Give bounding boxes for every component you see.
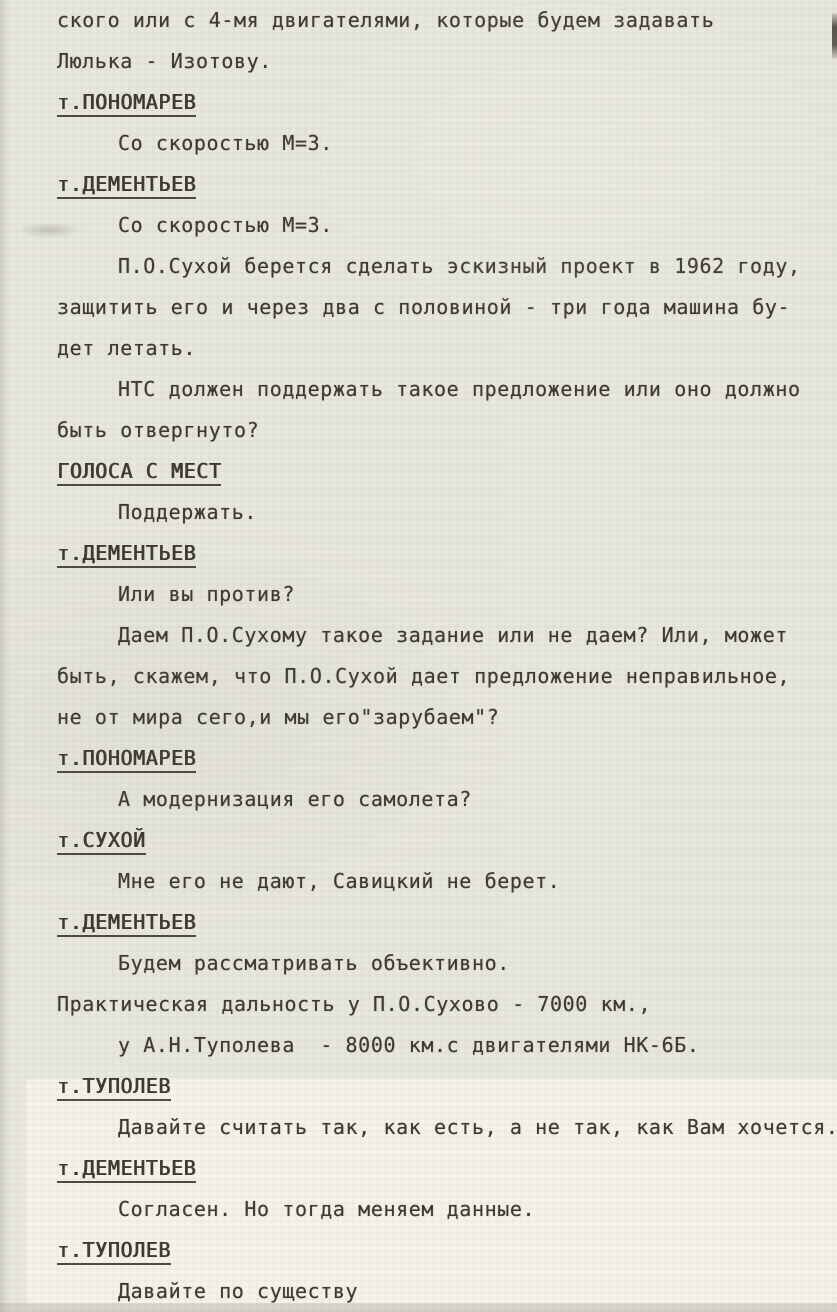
speaker-heading: т.ТУПОЛЕВ [0,1066,837,1107]
document-text-block: ского или с 4-мя двигателями, которые бу… [0,0,837,1312]
speaker-heading: т.ПОНОМАРЕВ [0,82,837,123]
scanned-document-page: ского или с 4-мя двигателями, которые бу… [0,0,837,1312]
speaker-heading: т.ТУПОЛЕВ [0,1230,837,1271]
text-line: у А.Н.Туполева - 8000 км.с двигателями Н… [0,1025,837,1066]
speaker-heading: т.ПОНОМАРЕВ [0,738,837,779]
text-line: Или вы против? [0,574,837,615]
text-line: Будем рассматривать объективно. [0,943,837,984]
speaker-name-underlined: т.ДЕМЕНТЬЕВ [57,541,196,568]
text-line: Согласен. Но тогда меняем данные. [0,1189,837,1230]
text-line: не от мира сего,и мы его"зарубаем"? [0,697,837,738]
speaker-heading: т.ДЕМЕНТЬЕВ [0,902,837,943]
text-line: дет летать. [0,328,837,369]
speaker-heading: т.СУХОЙ [0,820,837,861]
text-line: ского или с 4-мя двигателями, которые бу… [0,0,837,41]
text-line: Давайте считать так, как есть, а не так,… [0,1107,837,1148]
text-line: Люлька - Изотову. [0,41,837,82]
speaker-heading: т.ДЕМЕНТЬЕВ [0,164,837,205]
text-line: Мне его не дают, Савицкий не берет. [0,861,837,902]
text-line: Даем П.О.Сухому такое задание или не дае… [0,615,837,656]
text-line: А модернизация его самолета? [0,779,837,820]
text-line: быть, скажем, что П.О.Сухой дает предлож… [0,656,837,697]
speaker-name-underlined: т.ПОНОМАРЕВ [57,90,196,117]
speaker-heading: ГОЛОСА С МЕСТ [0,451,837,492]
text-line: защитить его и через два с половиной - т… [0,287,837,328]
text-line: Со скоростью М=3. [0,205,837,246]
text-line: НТС должен поддержать такое предложение … [0,369,837,410]
text-line: Практическая дальность у П.О.Сухово - 70… [0,984,837,1025]
speaker-heading: т.ДЕМЕНТЬЕВ [0,533,837,574]
speaker-name-underlined: ГОЛОСА С МЕСТ [57,459,221,486]
text-line: быть отвергнуто? [0,410,837,451]
speaker-name-underlined: т.ДЕМЕНТЬЕВ [57,1156,196,1183]
speaker-name-underlined: т.ТУПОЛЕВ [57,1238,171,1265]
speaker-name-underlined: т.ТУПОЛЕВ [57,1074,171,1101]
text-line: П.О.Сухой берется сделать эскизный проек… [0,246,837,287]
speaker-name-underlined: т.ПОНОМАРЕВ [57,746,196,773]
text-line: Давайте по существу [0,1271,837,1312]
speaker-name-underlined: т.ДЕМЕНТЬЕВ [57,910,196,937]
speaker-heading: т.ДЕМЕНТЬЕВ [0,1148,837,1189]
text-line: Со скоростью М=3. [0,123,837,164]
speaker-name-underlined: т.ДЕМЕНТЬЕВ [57,172,196,199]
speaker-name-underlined: т.СУХОЙ [57,828,146,855]
text-line: Поддержать. [0,492,837,533]
